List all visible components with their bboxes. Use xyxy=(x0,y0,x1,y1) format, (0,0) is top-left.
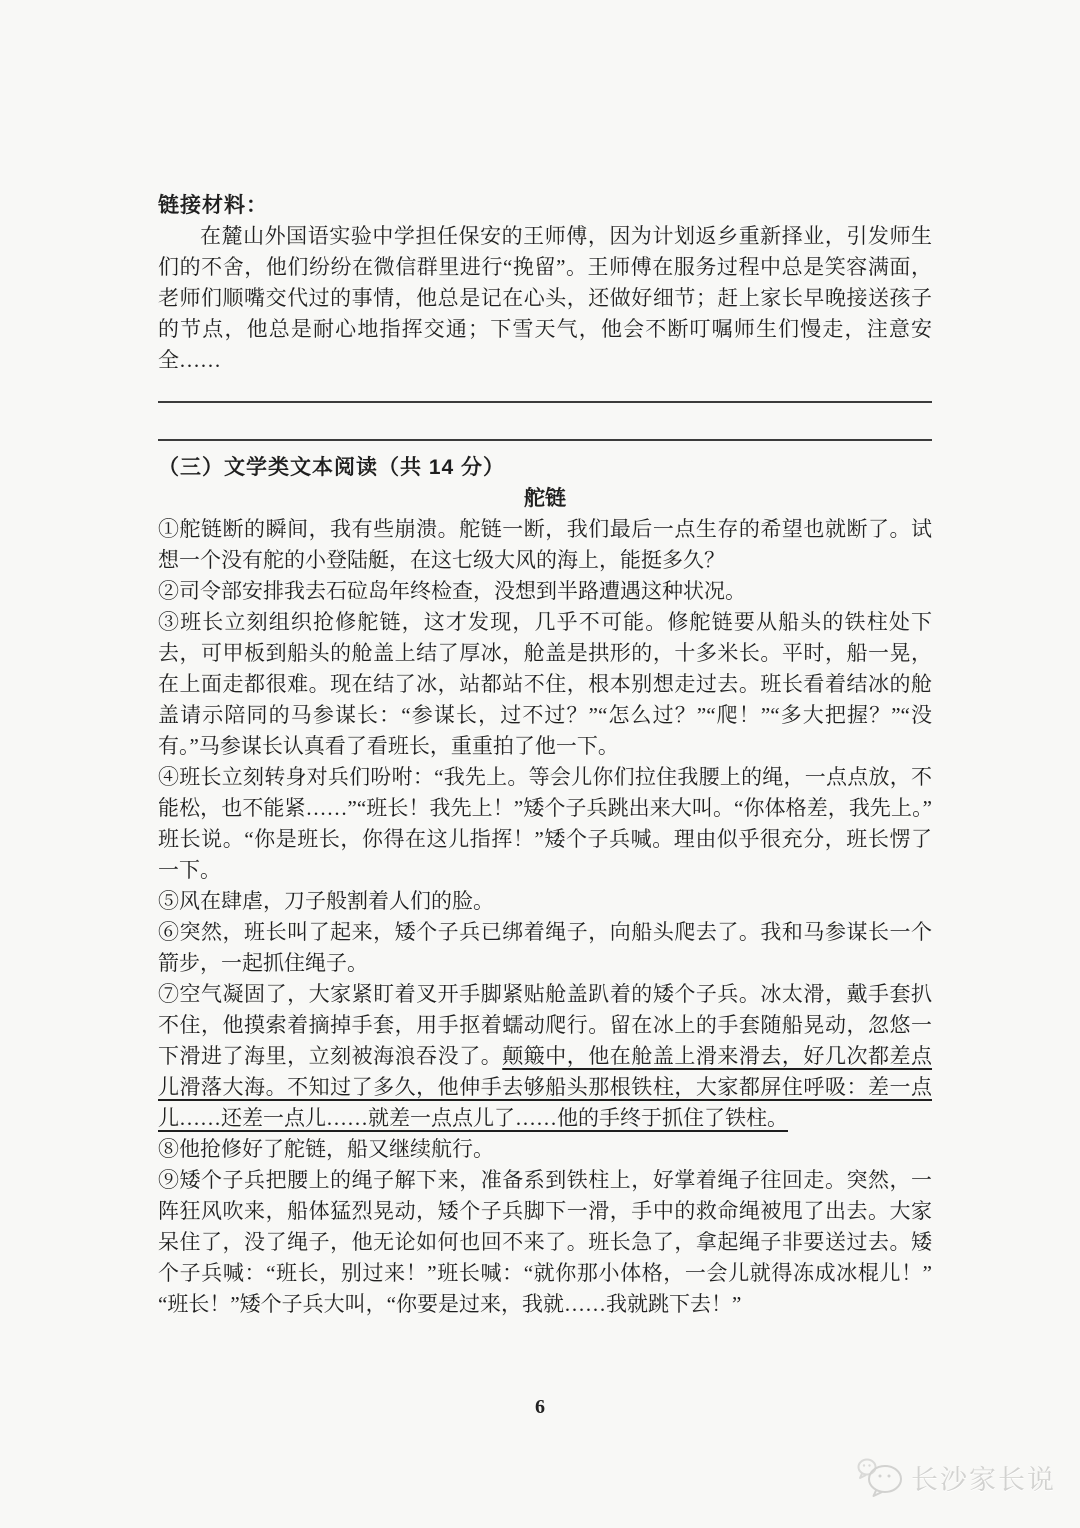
paragraph-2: ②司令部安排我去石砬岛年终检查，没想到半路遭遇这种状况。 xyxy=(158,576,932,607)
material-heading: 链接材料： xyxy=(158,190,932,221)
answer-line xyxy=(158,401,932,403)
page-content: 链接材料： 在麓山外国语实验中学担任保安的王师傅，因为计划返乡重新择业，引发师生… xyxy=(158,0,932,1320)
paragraph-1: ①舵链断的瞬间，我有些崩溃。舵链一断，我们最后一点生存的希望也就断了。试想一个没… xyxy=(158,514,932,576)
section-heading: （三）文学类文本阅读（共 14 分） xyxy=(158,452,932,483)
watermark: 长沙家长说 xyxy=(856,1456,1056,1498)
paragraph-8: ⑧他抢修好了舵链，船又继续航行。 xyxy=(158,1134,932,1165)
material-paragraph: 在麓山外国语实验中学担任保安的王师傅，因为计划返乡重新择业，引发师生们的不舍，他… xyxy=(158,221,932,376)
paragraph-9: ⑨矮个子兵把腰上的绳子解下来，准备系到铁柱上，好掌着绳子往回走。突然，一阵狂风吹… xyxy=(158,1165,932,1320)
reading-title: 舵链 xyxy=(158,483,932,514)
paragraph-4: ④班长立刻转身对兵们吩咐：“我先上。等会儿你们拉住我腰上的绳，一点点放，不能松，… xyxy=(158,762,932,886)
paragraph-5: ⑤风在肆虐，刀子般割着人们的脸。 xyxy=(158,886,932,917)
paragraph-6: ⑥突然，班长叫了起来，矮个子兵已绑着绳子，向船头爬去了。我和马参谋长一个箭步，一… xyxy=(158,917,932,979)
paragraph-3: ③班长立刻组织抢修舵链，这才发现，几乎不可能。修舵链要从船头的铁柱处下去，可甲板… xyxy=(158,607,932,762)
answer-line xyxy=(158,439,932,441)
scanned-exam-page: { "page": { "background": "#f8f8f6", "te… xyxy=(0,0,1080,1528)
watermark-label: 长沙家长说 xyxy=(911,1458,1056,1497)
paragraph-7: ⑦空气凝固了，大家紧盯着叉开手脚紧贴舱盖趴着的矮个子兵。冰太滑，戴手套扒不住，他… xyxy=(158,979,932,1134)
page-number: 6 xyxy=(0,1396,1080,1419)
wechat-bubbles-icon xyxy=(856,1456,904,1498)
